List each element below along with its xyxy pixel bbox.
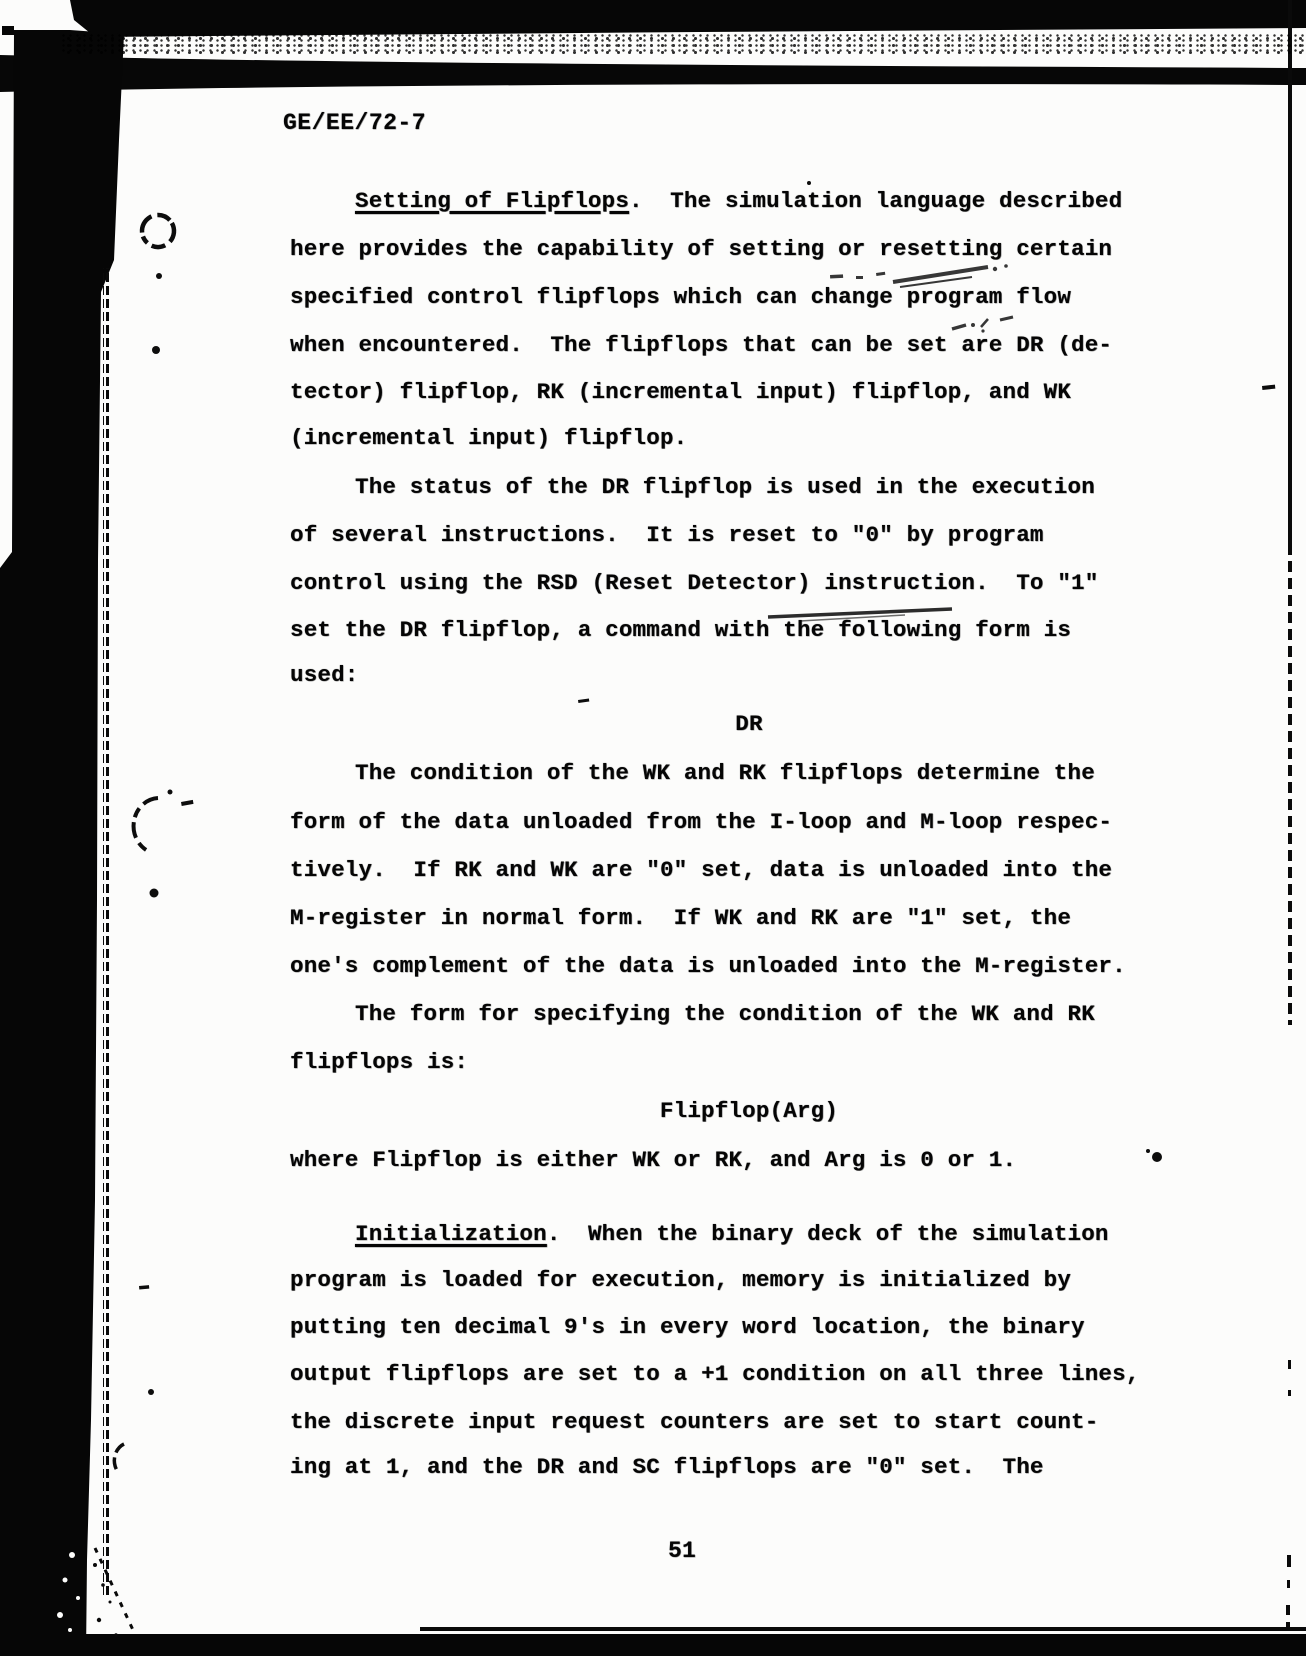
body-line: the discrete input request counters are … [290,1409,1098,1435]
body-line: of several instructions. It is reset to … [290,522,1044,548]
section1-title: Setting of Flipflops [355,188,629,214]
scanned-document-page: GE/EE/72-7 Setting of Flipflops. The sim… [0,0,1306,1656]
body-line: form of the data unloaded from the I-loo… [290,809,1112,835]
page-number: 51 [668,1538,696,1564]
typed-text: GE/EE/72-7 Setting of Flipflops. The sim… [0,0,1306,1656]
body-line: tector) flipflop, RK (incremental input)… [290,379,1071,405]
body-line: specified control flipflops which can ch… [290,284,1071,310]
body-line: set the DR flipflop, a command with the … [290,617,1071,643]
section2-title-line: Initialization. When the binary deck of … [355,1221,1109,1247]
body-line: The condition of the WK and RK flipflops… [355,760,1095,786]
body-line: when encountered. The flipflops that can… [290,332,1112,358]
body-line: putting ten decimal 9's in every word lo… [290,1314,1085,1340]
section1-title-suffix: . The simulation language described [629,188,1122,214]
body-line: The status of the DR flipflop is used in… [355,474,1095,500]
body-line: The form for specifying the condition of… [355,1001,1095,1027]
body-line: ing at 1, and the DR and SC flipflops ar… [290,1454,1044,1480]
command-line-dr: DR [290,711,1164,737]
body-line: output flipflops are set to a +1 conditi… [290,1361,1140,1387]
section1-title-line: Setting of Flipflops. The simulation lan… [355,188,1122,214]
body-line: M-register in normal form. If WK and RK … [290,905,1071,931]
command-line-flipflop-arg: Flipflop(Arg) [290,1098,1164,1124]
body-line: here provides the capability of setting … [290,236,1112,262]
section2-title: Initialization [355,1221,547,1247]
body-line: (incremental input) flipflop. [290,425,687,451]
body-line: control using the RSD (Reset Detector) i… [290,570,1098,596]
section2-title-suffix: . When the binary deck of the simulation [547,1221,1109,1247]
document-id-header: GE/EE/72-7 [283,110,426,136]
body-line: tively. If RK and WK are "0" set, data i… [290,857,1112,883]
body-line: flipflops is: [290,1049,468,1075]
body-line: one's complement of the data is unloaded… [290,953,1126,979]
body-line: used: [290,662,359,688]
body-line: program is loaded for execution, memory … [290,1267,1071,1293]
body-line: where Flipflop is either WK or RK, and A… [290,1147,1016,1173]
